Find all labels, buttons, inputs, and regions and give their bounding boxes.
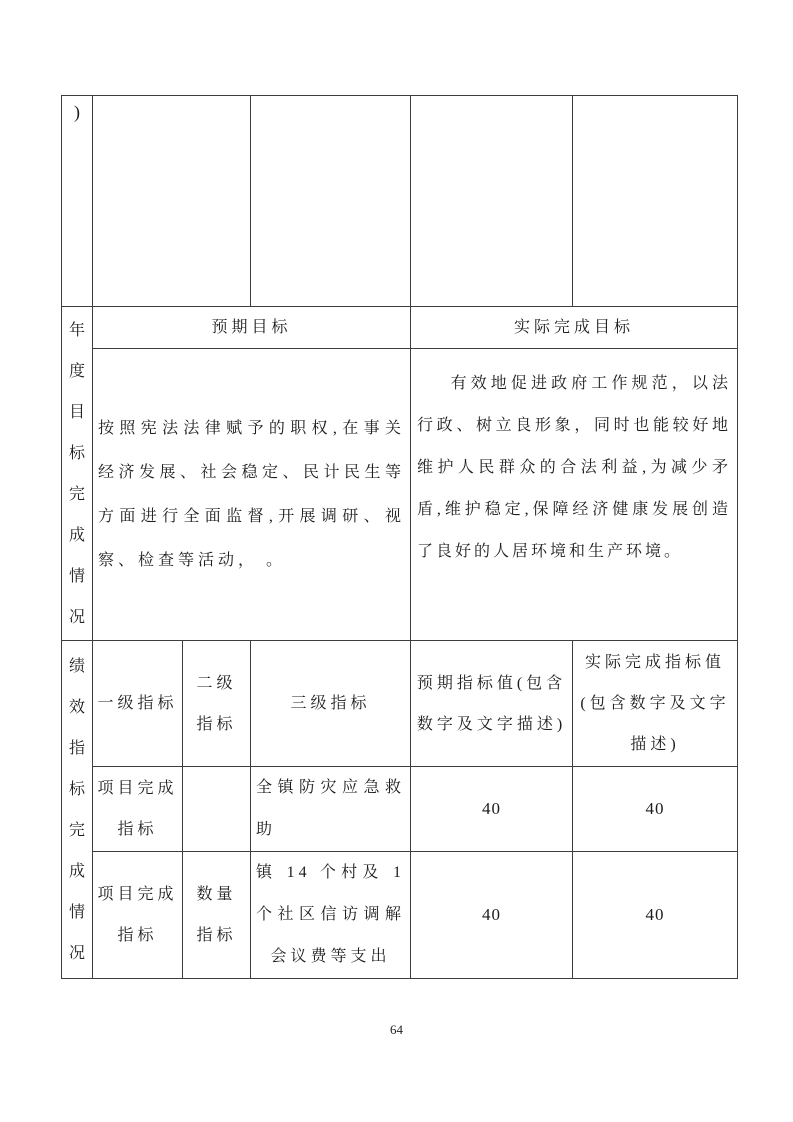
level1-indicator-value: 项目完成指标 — [93, 852, 183, 979]
indicator-header-row: 绩效指标完成情况 一级指标 二级指标 三级指标 预期指标值(包含数字及文字描述)… — [62, 641, 738, 767]
indicator-row: 项目完成指标 数量指标 镇 14 个村及 1 个社区信访调解会议费等支出 40 … — [62, 852, 738, 979]
level2-indicator-value: 数量指标 — [183, 852, 251, 979]
level3-indicator-value: 全镇防灾应急救助 — [251, 767, 411, 852]
indicator-row: 项目完成指标 全镇防灾应急救助 40 40 — [62, 767, 738, 852]
annual-goals-content-row: 按照宪法法律赋予的职权,在事关经济发展、社会稳定、民计民生等方面进行全面监督,开… — [62, 349, 738, 641]
expected-goal-header: 预期目标 — [93, 307, 411, 349]
level2-indicator-header: 二级指标 — [183, 641, 251, 767]
annual-goals-row-label: 年度目标完成情况 — [69, 310, 86, 638]
actual-indicator-value: 40 — [573, 852, 738, 979]
performance-report-table: ) 年度目标完成情况 预期目标 实际完成目标 按照宪法法律赋予的职权,在事关经济… — [61, 95, 738, 979]
page-number: 64 — [0, 1022, 793, 1038]
actual-value-header: 实际完成指标值(包含数字及文字描述) — [573, 641, 738, 767]
level3-indicator-header: 三级指标 — [251, 641, 411, 767]
actual-goal-header: 实际完成目标 — [411, 307, 738, 349]
level3-indicator-value: 镇 14 个村及 1 个社区信访调解会议费等支出 — [251, 852, 411, 979]
empty-cell — [251, 96, 411, 307]
expected-value-header: 预期指标值(包含数字及文字描述) — [411, 641, 573, 767]
expected-indicator-value: 40 — [411, 852, 573, 979]
annual-goals-row-label-cell: 年度目标完成情况 — [62, 307, 93, 641]
empty-cell — [573, 96, 738, 307]
actual-goal-text-cell: 有效地促进政府工作规范，以法行政、树立良形象，同时也能较好地维护人民群众的合法利… — [411, 349, 738, 641]
level2-indicator-value — [183, 767, 251, 852]
performance-row-label: 绩效指标完成情况 — [69, 646, 86, 974]
expected-goal-text-cell: 按照宪法法律赋予的职权,在事关经济发展、社会稳定、民计民生等方面进行全面监督,开… — [93, 349, 411, 641]
level1-indicator-header: 一级指标 — [93, 641, 183, 767]
empty-cell — [93, 96, 251, 307]
level1-indicator-value: 项目完成指标 — [93, 767, 183, 852]
continuation-cell: ) — [62, 96, 93, 307]
actual-indicator-value: 40 — [573, 767, 738, 852]
empty-cell — [411, 96, 573, 307]
annual-goals-header-row: 年度目标完成情况 预期目标 实际完成目标 — [62, 307, 738, 349]
actual-goal-text: 有效地促进政府工作规范，以法行政、树立良形象，同时也能较好地维护人民群众的合法利… — [417, 363, 731, 573]
continuation-paren: ) — [74, 102, 80, 122]
document-page: ) 年度目标完成情况 预期目标 实际完成目标 按照宪法法律赋予的职权,在事关经济… — [0, 0, 793, 1122]
expected-indicator-value: 40 — [411, 767, 573, 852]
expected-goal-text: 按照宪法法律赋予的职权,在事关经济发展、社会稳定、民计民生等方面进行全面监督,开… — [98, 407, 405, 583]
performance-row-label-cell: 绩效指标完成情况 — [62, 641, 93, 979]
continued-row: ) — [62, 96, 738, 307]
